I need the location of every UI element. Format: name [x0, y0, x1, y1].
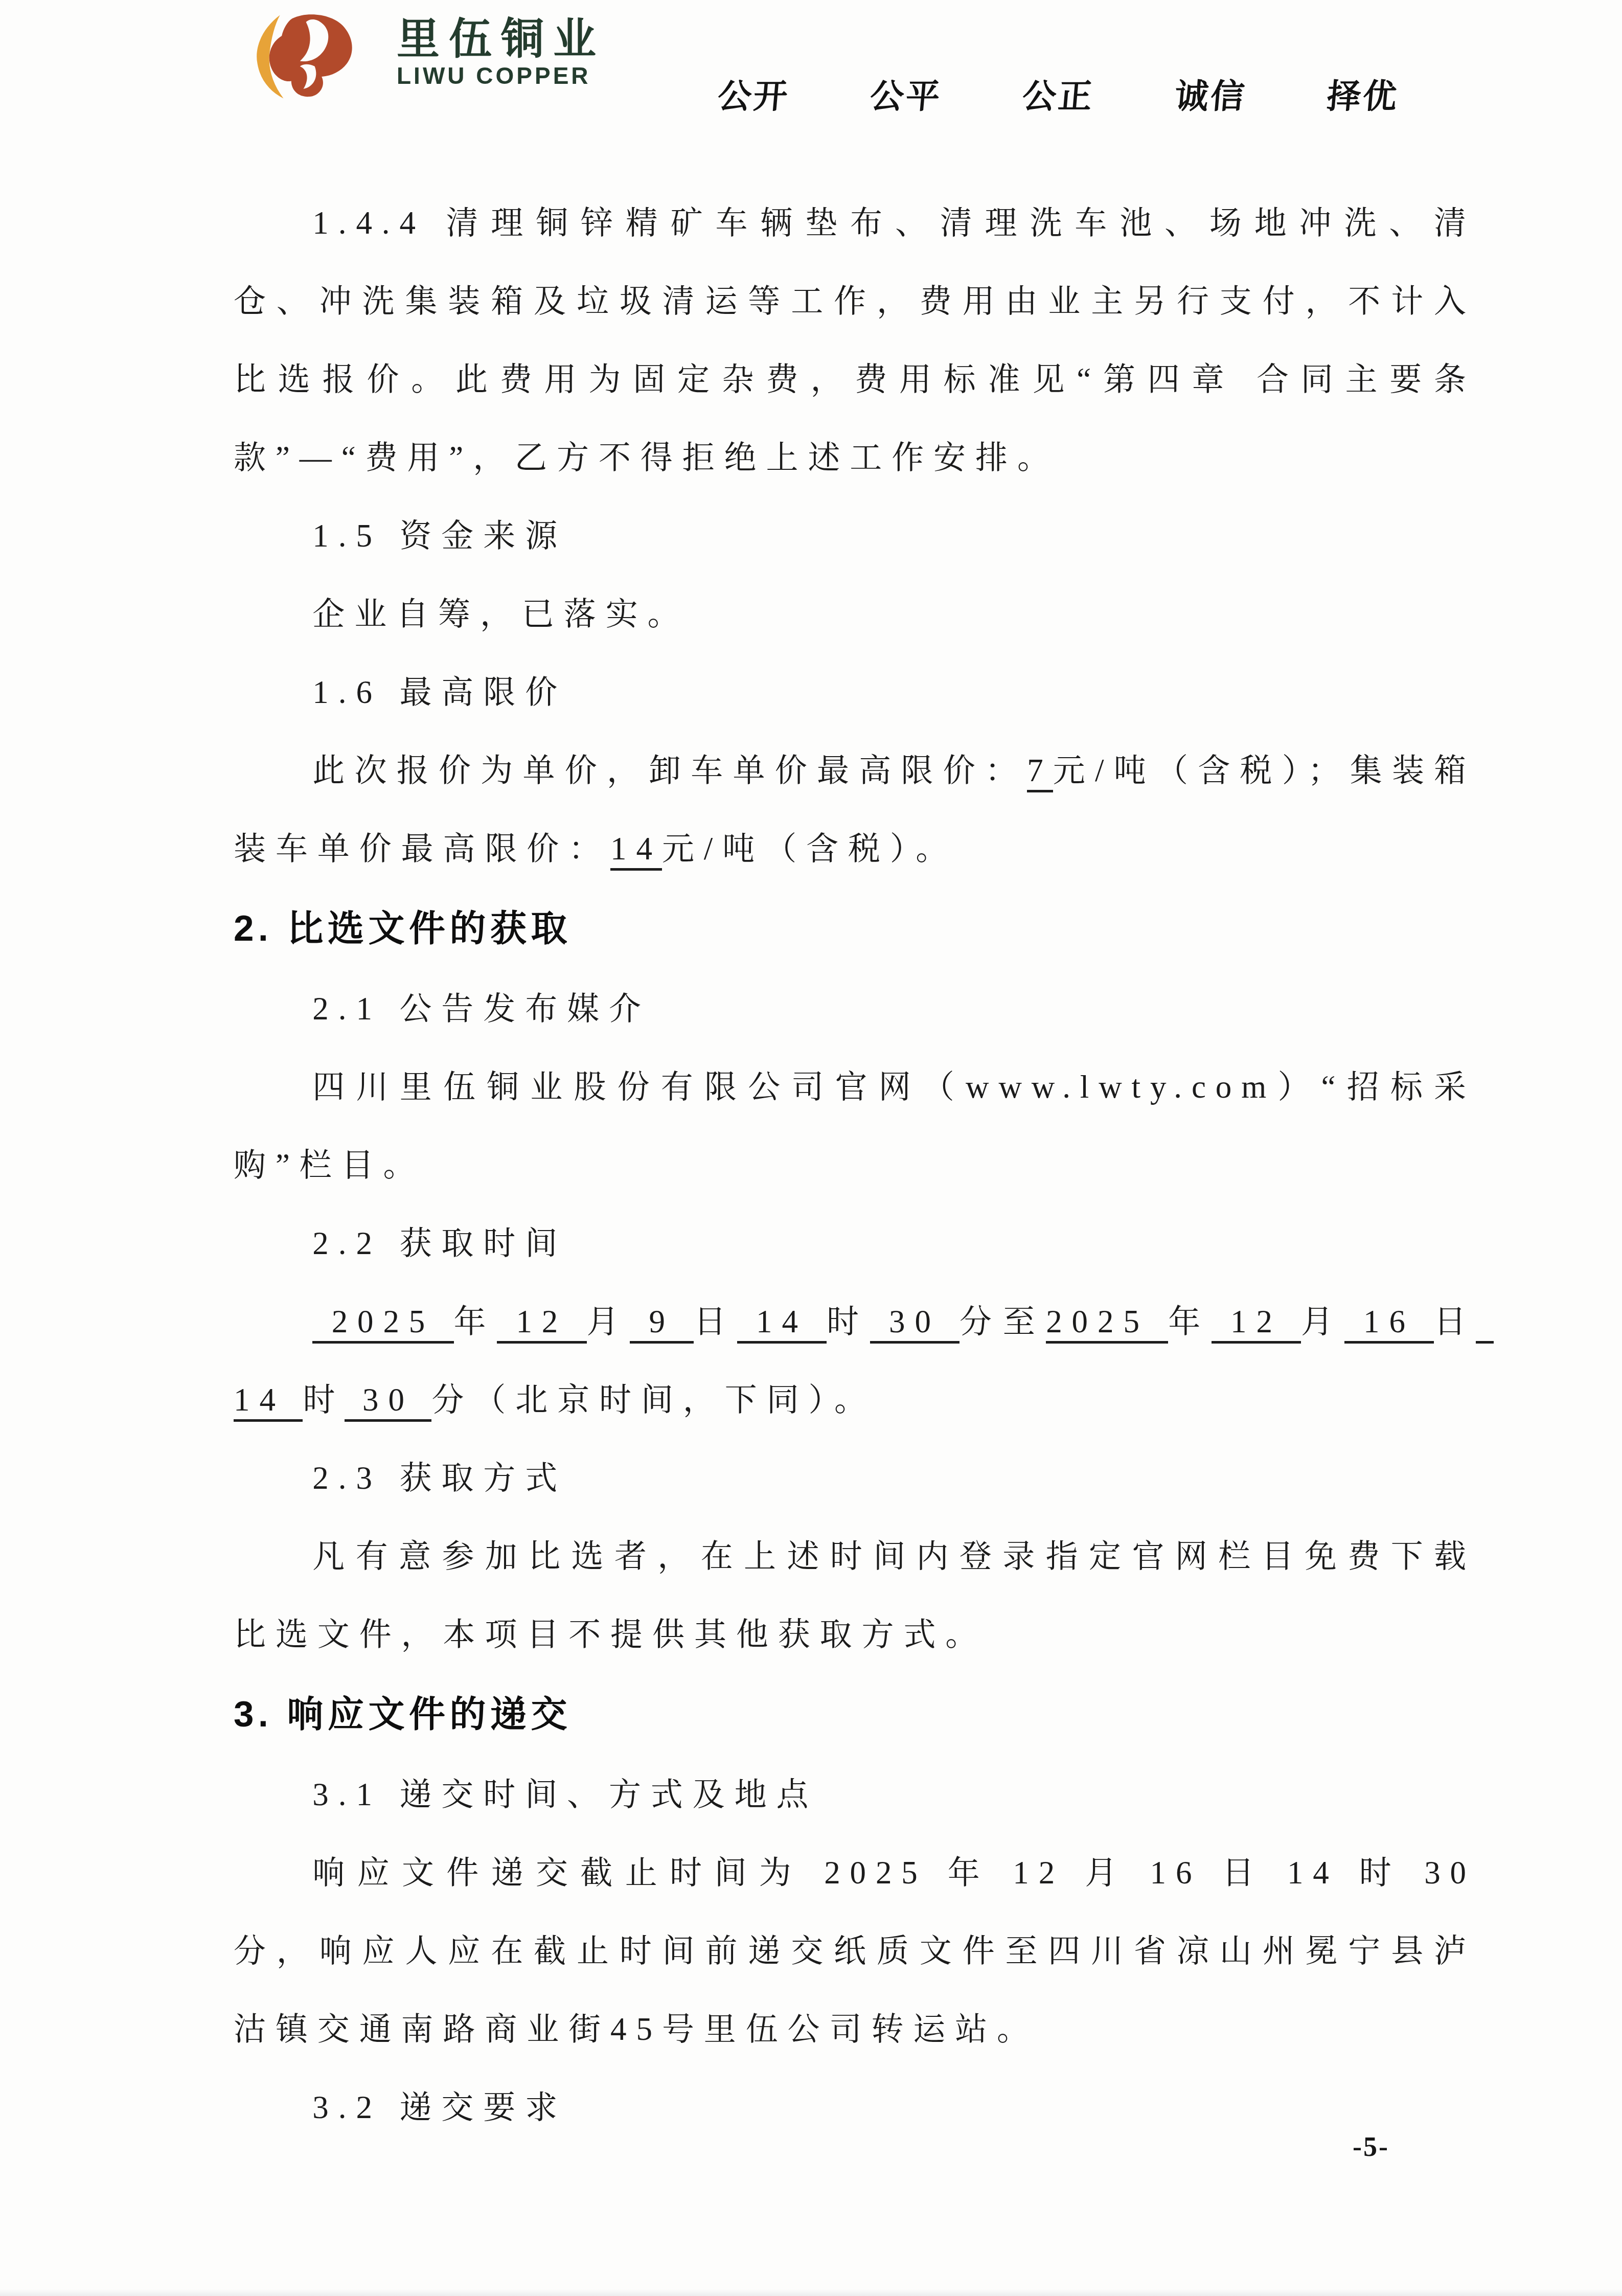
page-number: -5- — [1353, 2131, 1389, 2163]
filled-blank: 2025 — [312, 1304, 453, 1344]
text-run: 时 — [827, 1304, 870, 1339]
slogan-word: 择优 — [1326, 77, 1401, 118]
filled-blank: 14 — [737, 1304, 827, 1344]
company-name-cn: 里伍铜业 — [397, 15, 605, 62]
text-run: 年 — [1168, 1304, 1212, 1339]
section-heading: 3. 响应文件的递交 — [234, 1674, 1476, 1756]
text-run: 凡有意参加比选者，在上述时间内登录指定官网栏目免费下载比选文件，本项目不提供其他… — [234, 1538, 1476, 1652]
document-page: 里伍铜业 LIWU COPPER 公开公平公正诚信择优 1.4.4 清理铜锌精矿… — [0, 0, 1622, 2296]
text-run: 企业自筹，已落实。 — [312, 596, 689, 632]
paragraph: 2.1 公告发布媒介 — [234, 970, 1476, 1048]
paragraph: 响应文件递交截止时间为 2025 年 12 月 16 日 14 时 30分，响应… — [234, 1834, 1476, 2068]
text-run: 日 — [1434, 1304, 1476, 1339]
paragraph: 2.2 获取时间 — [234, 1204, 1476, 1283]
filled-blank: 16 — [1344, 1304, 1434, 1344]
paragraph: 3.2 递交要求 — [234, 2068, 1476, 2147]
paragraph: 企业自筹，已落实。 — [234, 575, 1476, 653]
slogan-word: 公平 — [869, 77, 944, 118]
filled-blank: 2025 — [1046, 1304, 1168, 1344]
text-run: 1.4.4 清理铜锌精矿车辆垫布、清理洗车池、场地冲洗、清仓、冲洗集装箱及垃圾清… — [234, 205, 1476, 475]
company-logo-text: 里伍铜业 LIWU COPPER — [397, 11, 605, 89]
paragraph: 2025 年 12 月 9 日 14 时 30 分至2025 年 12 月 16… — [234, 1283, 1476, 1439]
filled-blank: 12 — [497, 1304, 586, 1344]
text-run: 2.1 公告发布媒介 — [312, 991, 651, 1027]
slogan-word: 公正 — [1021, 77, 1096, 118]
text-run: 3. 响应文件的递交 — [234, 1694, 572, 1735]
filled-blank: 30 — [345, 1382, 431, 1422]
text-run: 四川里伍铜业股份有限公司官网（www.lwty.com）“招标采购”栏目。 — [234, 1069, 1476, 1183]
paragraph: 此次报价为单价，卸车单价最高限价：7元/吨（含税）；集装箱装车单价最高限价：14… — [234, 732, 1476, 888]
text-run: 3.1 递交时间、方式及地点 — [312, 1777, 818, 1812]
text-run: 分至 — [960, 1304, 1046, 1339]
filled-blank: 7 — [1027, 753, 1053, 792]
slogan-word: 公开 — [716, 77, 791, 118]
text-run: 1.5 资金来源 — [312, 518, 567, 554]
filled-blank: 14 — [610, 831, 662, 871]
text-run: 2. 比选文件的获取 — [234, 908, 572, 949]
text-run: 元/吨（含税）。 — [662, 831, 957, 867]
paragraph: 3.1 递交时间、方式及地点 — [234, 1756, 1476, 1834]
scan-edge-shadow — [0, 2289, 1622, 2296]
company-logo: 里伍铜业 LIWU COPPER — [250, 11, 605, 102]
filled-blank: 9 — [630, 1304, 694, 1344]
document-body: 1.4.4 清理铜锌精矿车辆垫布、清理洗车池、场地冲洗、清仓、冲洗集装箱及垃圾清… — [234, 184, 1476, 2147]
paragraph: 2.3 获取方式 — [234, 1439, 1476, 1517]
paragraph: 凡有意参加比选者，在上述时间内登录指定官网栏目免费下载比选文件，本项目不提供其他… — [234, 1517, 1476, 1674]
liwu-logo-icon — [250, 11, 382, 102]
text-run: 响应文件递交截止时间为 2025 年 12 月 16 日 14 时 30分，响应… — [234, 1855, 1476, 2047]
company-name-en: LIWU COPPER — [397, 62, 605, 89]
text-run: 1.6 最高限价 — [312, 674, 567, 710]
text-run: 时 — [303, 1382, 345, 1418]
text-run: 年 — [454, 1304, 497, 1339]
slogan: 公开公平公正诚信择优 — [716, 77, 1401, 118]
paragraph: 四川里伍铜业股份有限公司官网（www.lwty.com）“招标采购”栏目。 — [234, 1048, 1476, 1204]
text-run: 2.3 获取方式 — [312, 1460, 567, 1496]
section-heading: 2. 比选文件的获取 — [234, 888, 1476, 970]
text-run: 此次报价为单价，卸车单价最高限价： — [312, 753, 1027, 788]
text-run: 月 — [587, 1304, 630, 1339]
filled-blank: 30 — [870, 1304, 960, 1344]
text-run: 月 — [1301, 1304, 1344, 1339]
text-run: 2.2 获取时间 — [312, 1225, 567, 1261]
slogan-word: 诚信 — [1173, 77, 1248, 118]
text-run: 分（北京时间，下同）。 — [431, 1382, 876, 1418]
filled-blank: 12 — [1212, 1304, 1301, 1344]
text-run: 3.2 递交要求 — [312, 2089, 567, 2125]
text-run: 日 — [694, 1304, 737, 1339]
paragraph: 1.6 最高限价 — [234, 653, 1476, 732]
paragraph: 1.4.4 清理铜锌精矿车辆垫布、清理洗车池、场地冲洗、清仓、冲洗集装箱及垃圾清… — [234, 184, 1476, 497]
paragraph: 1.5 资金来源 — [234, 497, 1476, 575]
